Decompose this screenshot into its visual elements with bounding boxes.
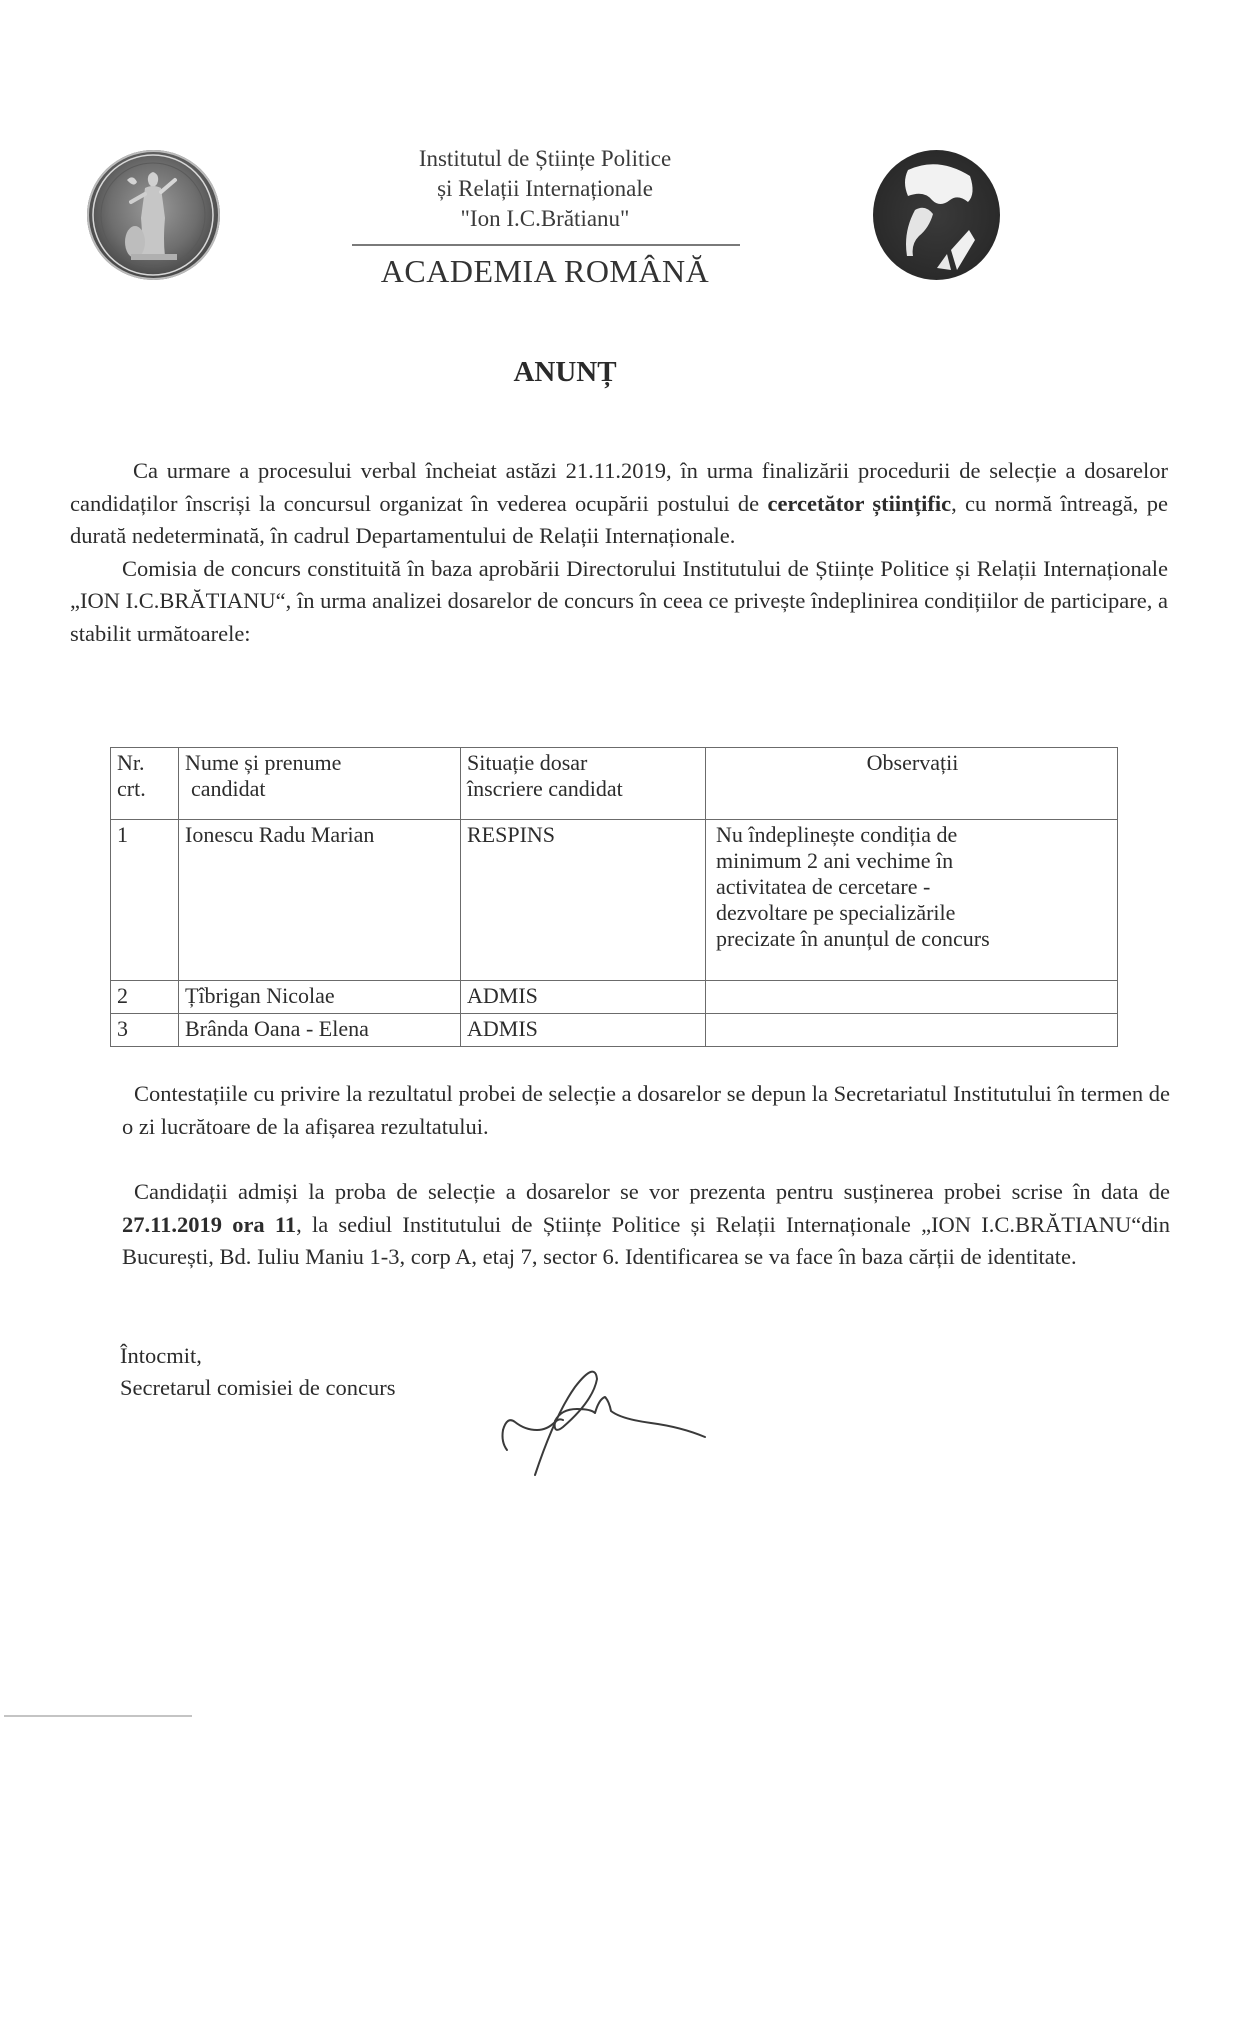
signoff-role: Secretarul comisiei de concurs	[120, 1372, 396, 1404]
institute-line-3: "Ion I.C.Brătianu"	[330, 204, 760, 234]
footer-line	[4, 1715, 192, 1717]
observation-line: minimum 2 ani vechime în	[716, 848, 1113, 874]
cell-status: ADMIS	[461, 981, 706, 1014]
intro-paragraph-2: Comisia de concurs constituită în baza a…	[70, 556, 1168, 646]
observation-line: Nu îndeplinește condiția de	[716, 822, 1113, 848]
header-nr-line-2: crt.	[117, 776, 174, 802]
cell-name: Țîbrigan Nicolae	[179, 981, 461, 1014]
header-status-line-1: Situație dosar	[467, 750, 701, 776]
cell-observations: Nu îndeplinește condiția de minimum 2 an…	[706, 820, 1118, 981]
institute-name: Institutul de Științe Politice și Relați…	[330, 144, 760, 234]
table-row: 2 Țîbrigan Nicolae ADMIS	[111, 981, 1118, 1014]
seal-figure-icon	[87, 150, 220, 280]
observation-line: dezvoltare pe specializările	[716, 900, 1113, 926]
exam-date-time: 27.11.2019 ora 11	[122, 1212, 296, 1237]
position-title: cercetător științific	[767, 491, 951, 516]
document-title: ANUNȚ	[465, 356, 665, 389]
header-observations: Observații	[706, 748, 1118, 820]
table-row: 1 Ionescu Radu Marian RESPINS Nu îndepli…	[111, 820, 1118, 981]
academy-name: ACADEMIA ROMÂNĂ	[330, 253, 760, 290]
table-row: 3 Brânda Oana - Elena ADMIS	[111, 1014, 1118, 1047]
header-status-line-2: înscriere candidat	[467, 776, 701, 802]
table-header-row: Nr. crt. Nume și prenume candidat Situaț…	[111, 748, 1118, 820]
written-exam-text-1: Candidații admiși la proba de selecție a…	[134, 1179, 1170, 1204]
cell-status: ADMIS	[461, 1014, 706, 1047]
signoff-prepared-by: Întocmit,	[120, 1340, 396, 1372]
written-exam-paragraph: Candidații admiși la proba de selecție a…	[122, 1176, 1170, 1274]
handwritten-signature-icon	[495, 1360, 760, 1485]
signoff-block: Întocmit, Secretarul comisiei de concurs	[120, 1340, 396, 1404]
bratianu-portrait-logo	[873, 150, 1000, 280]
cell-observations	[706, 981, 1118, 1014]
cell-nr: 3	[111, 1014, 179, 1047]
cell-name: Ionescu Radu Marian	[179, 820, 461, 981]
cell-status: RESPINS	[461, 820, 706, 981]
header-name-line-2: candidat	[185, 776, 456, 802]
observation-line: activitatea de cercetare -	[716, 874, 1113, 900]
contestations-text: Contestațiile cu privire la rezultatul p…	[122, 1081, 1170, 1139]
institute-line-1: Institutul de Științe Politice	[330, 144, 760, 174]
cell-name: Brânda Oana - Elena	[179, 1014, 461, 1047]
contestations-paragraph: Contestațiile cu privire la rezultatul p…	[122, 1078, 1170, 1143]
results-table: Nr. crt. Nume și prenume candidat Situaț…	[110, 747, 1118, 1047]
institute-line-2: și Relații Internaționale	[330, 174, 760, 204]
cell-nr: 2	[111, 981, 179, 1014]
header-nr-line-1: Nr.	[117, 750, 174, 776]
portrait-icon	[873, 150, 1000, 280]
intro-paragraph-1: Ca urmare a procesului verbal încheiat a…	[70, 455, 1168, 650]
academia-romana-seal-logo	[87, 150, 220, 280]
header-nr: Nr. crt.	[111, 748, 179, 820]
header-divider	[352, 244, 740, 246]
header-name-line-1: Nume și prenume	[185, 750, 456, 776]
cell-nr: 1	[111, 820, 179, 981]
cell-observations	[706, 1014, 1118, 1047]
header-name: Nume și prenume candidat	[179, 748, 461, 820]
header-observations-line-1: Observații	[712, 750, 1113, 776]
observation-line: precizate în anunțul de concurs	[716, 926, 1113, 952]
header-status: Situație dosar înscriere candidat	[461, 748, 706, 820]
